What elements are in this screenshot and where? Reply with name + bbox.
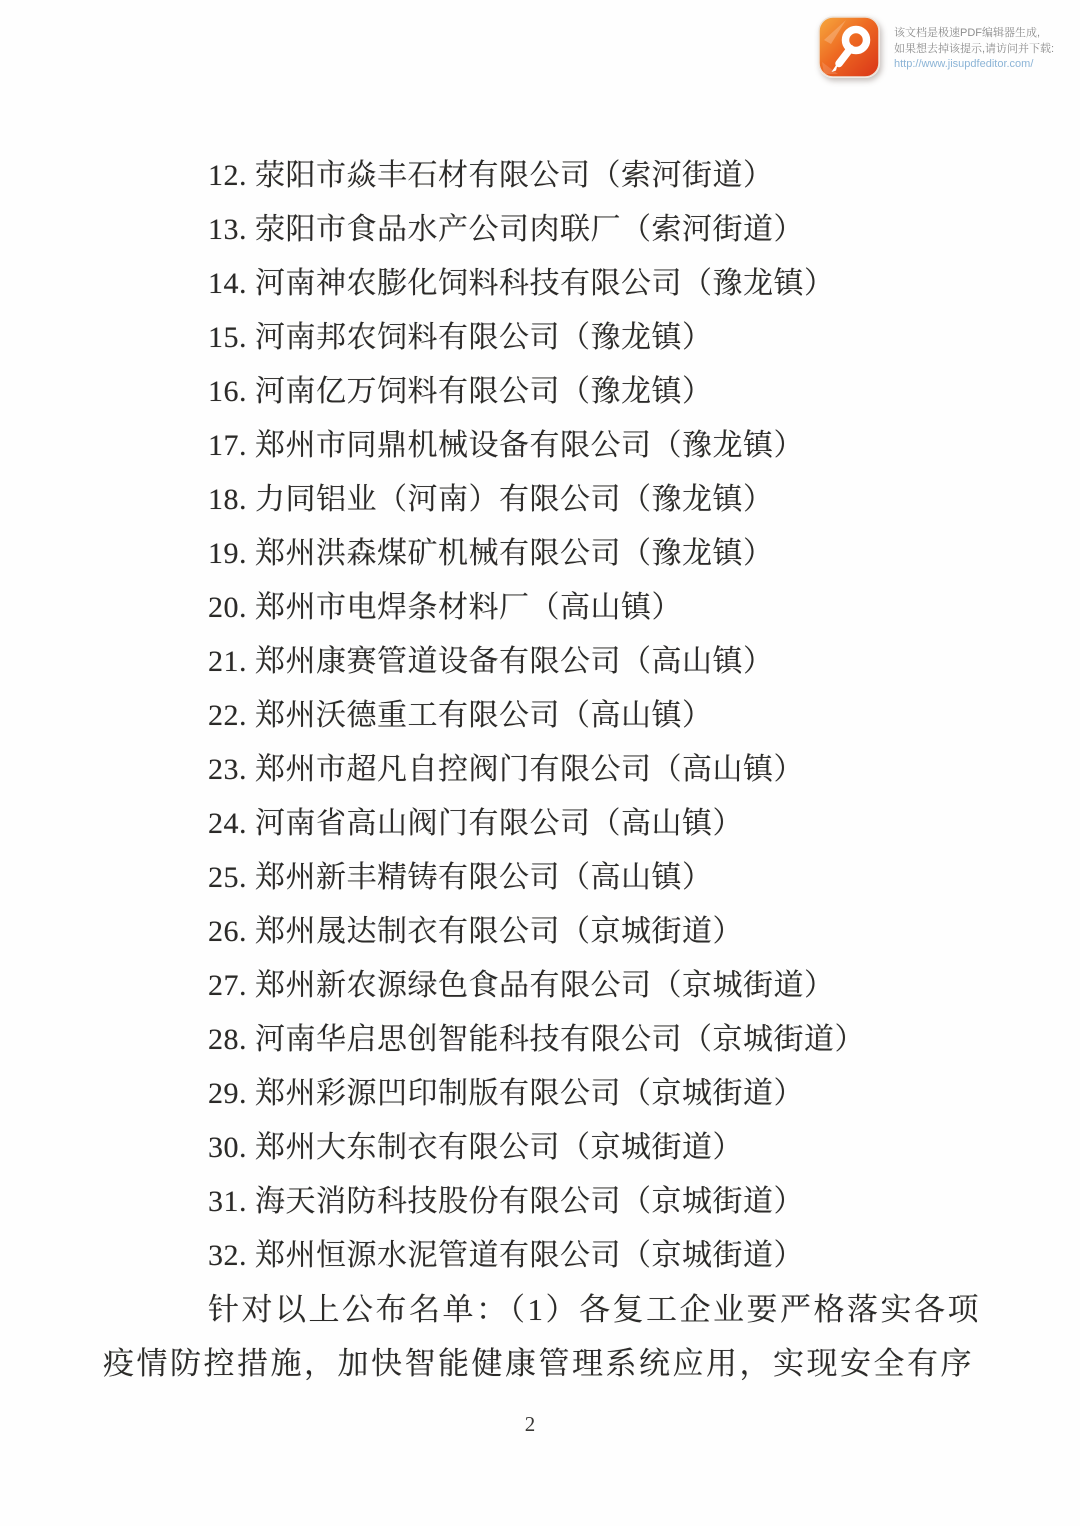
list-item: 15. 河南邦农饲料有限公司（豫龙镇） — [208, 311, 865, 365]
list-item: 29. 郑州彩源凹印制版有限公司（京城街道） — [208, 1067, 865, 1121]
paragraph-line: 针对以上公布名单：（1）各复工企业要严格落实各项 — [103, 1283, 981, 1337]
list-item: 25. 郑州新丰精铸有限公司（高山镇） — [208, 851, 865, 905]
list-item: 31. 海天消防科技股份有限公司（京城街道） — [208, 1175, 865, 1229]
list-item: 17. 郑州市同鼎机械设备有限公司（豫龙镇） — [208, 419, 865, 473]
closing-paragraph: 针对以上公布名单：（1）各复工企业要严格落实各项 疫情防控措施，加快智能健康管理… — [103, 1283, 981, 1391]
scanned-document-page: 该文档是极速PDF编辑器生成, 如果想去掉该提示,请访问并下载: http://… — [0, 0, 1080, 1526]
pdf-editor-logo-icon — [818, 16, 880, 78]
list-item: 27. 郑州新农源绿色食品有限公司（京城街道） — [208, 959, 865, 1013]
page-number: 2 — [0, 1412, 1060, 1437]
list-item: 18. 力同铝业（河南）有限公司（豫龙镇） — [208, 473, 865, 527]
list-item: 19. 郑州洪森煤矿机械有限公司（豫龙镇） — [208, 527, 865, 581]
list-item: 21. 郑州康赛管道设备有限公司（高山镇） — [208, 635, 865, 689]
list-item: 23. 郑州市超凡自控阀门有限公司（高山镇） — [208, 743, 865, 797]
list-item: 13. 荥阳市食品水产公司肉联厂（索河街道） — [208, 203, 865, 257]
watermark-download-link[interactable]: http://www.jisupdfeditor.com/ — [894, 57, 1054, 72]
paragraph-line: 疫情防控措施，加快智能健康管理系统应用，实现安全有序 — [103, 1337, 981, 1391]
list-item: 24. 河南省高山阀门有限公司（高山镇） — [208, 797, 865, 851]
list-item: 22. 郑州沃德重工有限公司（高山镇） — [208, 689, 865, 743]
list-item: 28. 河南华启思创智能科技有限公司（京城街道） — [208, 1013, 865, 1067]
watermark-note-line2: 如果想去掉该提示,请访问并下载: — [894, 43, 1054, 55]
list-item: 14. 河南神农膨化饲料科技有限公司（豫龙镇） — [208, 257, 865, 311]
list-item: 20. 郑州市电焊条材料厂（高山镇） — [208, 581, 865, 635]
list-item: 30. 郑州大东制衣有限公司（京城街道） — [208, 1121, 865, 1175]
list-item: 32. 郑州恒源水泥管道有限公司（京城街道） — [208, 1229, 865, 1283]
list-item: 16. 河南亿万饲料有限公司（豫龙镇） — [208, 365, 865, 419]
list-item: 12. 荥阳市焱丰石材有限公司（索河街道） — [208, 149, 865, 203]
company-list: 12. 荥阳市焱丰石材有限公司（索河街道）13. 荥阳市食品水产公司肉联厂（索河… — [208, 149, 865, 1283]
pdf-editor-watermark: 该文档是极速PDF编辑器生成, 如果想去掉该提示,请访问并下载: http://… — [818, 16, 1054, 78]
list-item: 26. 郑州晟达制衣有限公司（京城街道） — [208, 905, 865, 959]
watermark-note-line1: 该文档是极速PDF编辑器生成, — [894, 27, 1040, 39]
